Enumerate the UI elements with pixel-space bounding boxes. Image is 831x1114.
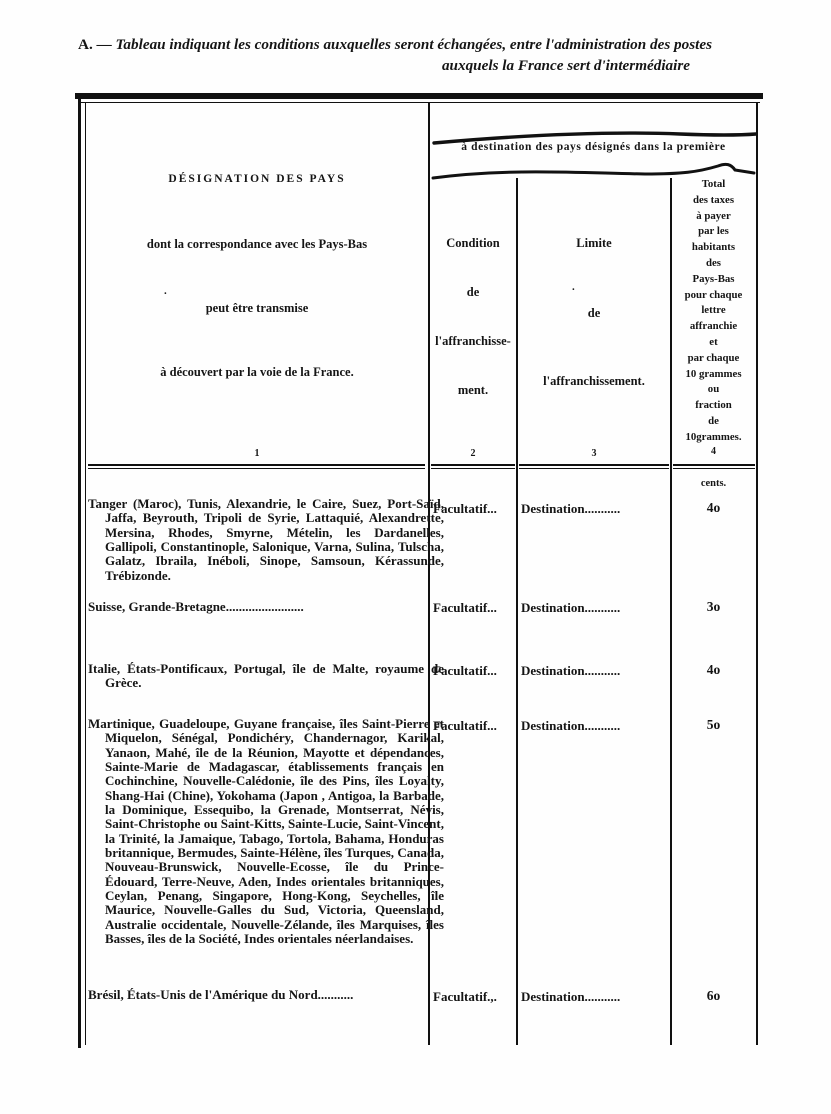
table-right-rule [756, 102, 758, 1045]
col2-header-line-3: l'affranchisse- [431, 334, 515, 349]
col1-header-line-1: dont la correspondance avec les Pays-Bas [88, 237, 426, 252]
table-row-3-limite: Destination........... [521, 663, 668, 679]
col2-number: 2 [431, 448, 515, 459]
table-left-rule-heavy [78, 93, 81, 1048]
table-left-rule-thin [85, 102, 86, 1045]
table-top-rule-thin [78, 102, 760, 103]
col3-header-line-2: de [519, 306, 669, 321]
spanner-heading: à destination des pays désignés dans la … [430, 141, 757, 153]
print-dot: . [572, 281, 575, 293]
col1-header-line-2: peut être transmise [88, 301, 426, 316]
table-row-1-total: 4o [672, 500, 755, 516]
col2-header-line-1: Condition [431, 236, 515, 251]
curve-bottom [433, 164, 754, 178]
table-row-4-countries: Martinique, Guadeloupe, Guyane française… [88, 717, 444, 947]
table-row-5-total: 6o [672, 988, 755, 1004]
scanned-document-page: A. — Tableau indiquant les conditions au… [0, 0, 831, 1114]
document-title-line1: A. — Tableau indiquant les conditions au… [78, 36, 762, 54]
table-row-5-countries: Brésil, États-Unis de l'Amérique du Nord… [88, 988, 444, 1002]
col3-number: 3 [519, 448, 669, 459]
table-row-3-countries: Italie, États-Pontificaux, Portugal, île… [88, 662, 444, 691]
table-row-2-condition: Facultatif... [433, 600, 513, 616]
table-row-5-limite: Destination........... [521, 989, 668, 1005]
table-row-1-countries: Tanger (Maroc), Tunis, Alexandrie, le Ca… [88, 497, 444, 583]
col2-header-line-2: de [431, 285, 515, 300]
col4-number: 4 [672, 446, 755, 457]
table-row-1-condition: Facultatif... [433, 501, 513, 517]
table-row-2-countries: Suisse, Grande-Bretagne.................… [88, 600, 444, 614]
table-row-4-limite: Destination........... [521, 718, 668, 734]
spanner-curved-rules [430, 123, 760, 185]
table-row-3-total: 4o [672, 662, 755, 678]
header-rule-col1 [88, 464, 425, 469]
table-row-5-condition: Facultatif.,. [433, 989, 513, 1005]
col3-header-line-1: Limite [519, 236, 669, 251]
document-title-line2: auxquels la France sert d'intermédiaire [380, 57, 752, 75]
table-row-1-limite: Destination........... [521, 501, 668, 517]
table-row-2-limite: Destination........... [521, 600, 668, 616]
table-row-4-total: 5o [672, 717, 755, 733]
header-rule-col3 [519, 464, 669, 469]
col1-number: 1 [88, 448, 426, 459]
col3-header-line-3: l'affranchissement. [519, 374, 669, 389]
table-row-4-condition: Facultatif... [433, 718, 513, 734]
col4-header-block: Total des taxes à payer par les habitant… [672, 177, 755, 446]
col2-header-line-4: ment. [431, 383, 515, 398]
table-top-rule-heavy [75, 93, 763, 99]
header-rule-col4 [673, 464, 755, 469]
document-title-prefix: A. — [78, 36, 112, 53]
divider-col2-col3 [516, 178, 518, 1045]
table-row-2-total: 3o [672, 599, 755, 615]
col1-header-title: DÉSIGNATION DES PAYS [88, 173, 426, 185]
unit-label: cents. [672, 478, 755, 489]
col1-header-line-3: à découvert par la voie de la France. [88, 365, 426, 380]
table-row-3-condition: Facultatif... [433, 663, 513, 679]
header-rule-col2 [431, 464, 515, 469]
document-title-text: Tableau indiquant les conditions auxquel… [116, 36, 712, 53]
print-dot: . [164, 285, 167, 297]
